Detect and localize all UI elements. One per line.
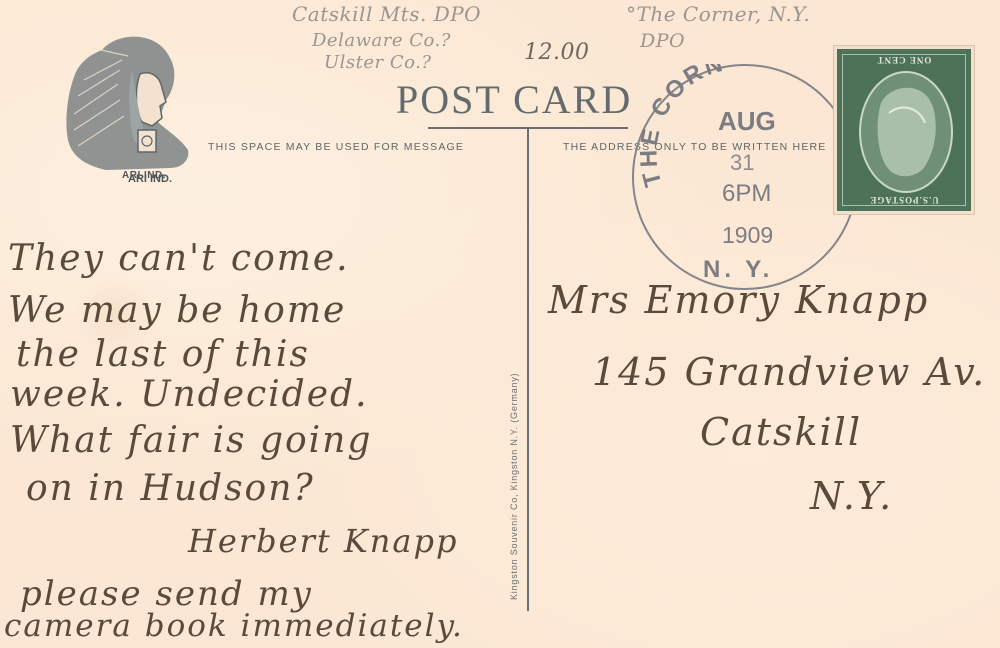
message-line-1: They can't come. [8,238,350,279]
svg-text:THE CORN: THE CORN [635,64,728,190]
message-line-5: What fair is going [10,420,372,461]
address-name: Mrs Emory Knapp [548,278,929,322]
chief-headdress-icon: ARI IND. [62,30,194,186]
indian-head-logo: ARI IND. [62,30,194,186]
stamp-denomination: ONE CENT [837,55,971,65]
publisher-imprint: Kingston Souvenir Co, Kingston N.Y. (Ger… [509,373,519,600]
message-line-3: the last of this [16,334,310,375]
logo-label: ARI IND. [122,170,166,181]
postmark-year: 1909 [722,222,773,249]
center-divider [527,127,529,611]
pencil-note-location: Catskill Mts. DPO [292,2,481,26]
message-line-2: We may be home [8,290,346,331]
address-state: N.Y. [810,474,893,518]
address-city: Catskill [700,410,862,454]
address-street: 145 Grandview Av. [592,350,986,394]
postcard-title: POST CARD [396,76,632,123]
postmark-month: AUG [718,106,776,137]
pencil-note-dpo: DPO [640,30,685,52]
postage-stamp: ONE CENT U.S.POSTAGE [834,46,974,214]
message-line-4: week. Undecided. [10,374,369,415]
stamp-portrait-oval [859,71,953,193]
pencil-note-price: 12.00 [524,40,589,65]
message-line-6: on in Hudson? [26,468,315,509]
pencil-note-county-1: Delaware Co.? [312,30,451,51]
pencil-note-county-2: Ulster Co.? [324,52,432,73]
postmark-time: 6PM [722,180,771,208]
message-caption: THIS SPACE MAY BE USED FOR MESSAGE [208,141,464,153]
franklin-portrait-icon [861,73,951,191]
message-signature: Herbert Knapp [188,522,458,560]
pencil-note-town: °The Corner, N.Y. [626,2,810,26]
postmark-day: 31 [730,150,754,176]
stamp-postage-label: U.S.POSTAGE [837,195,971,205]
postscript-line-2: camera book immediately. [4,608,464,644]
